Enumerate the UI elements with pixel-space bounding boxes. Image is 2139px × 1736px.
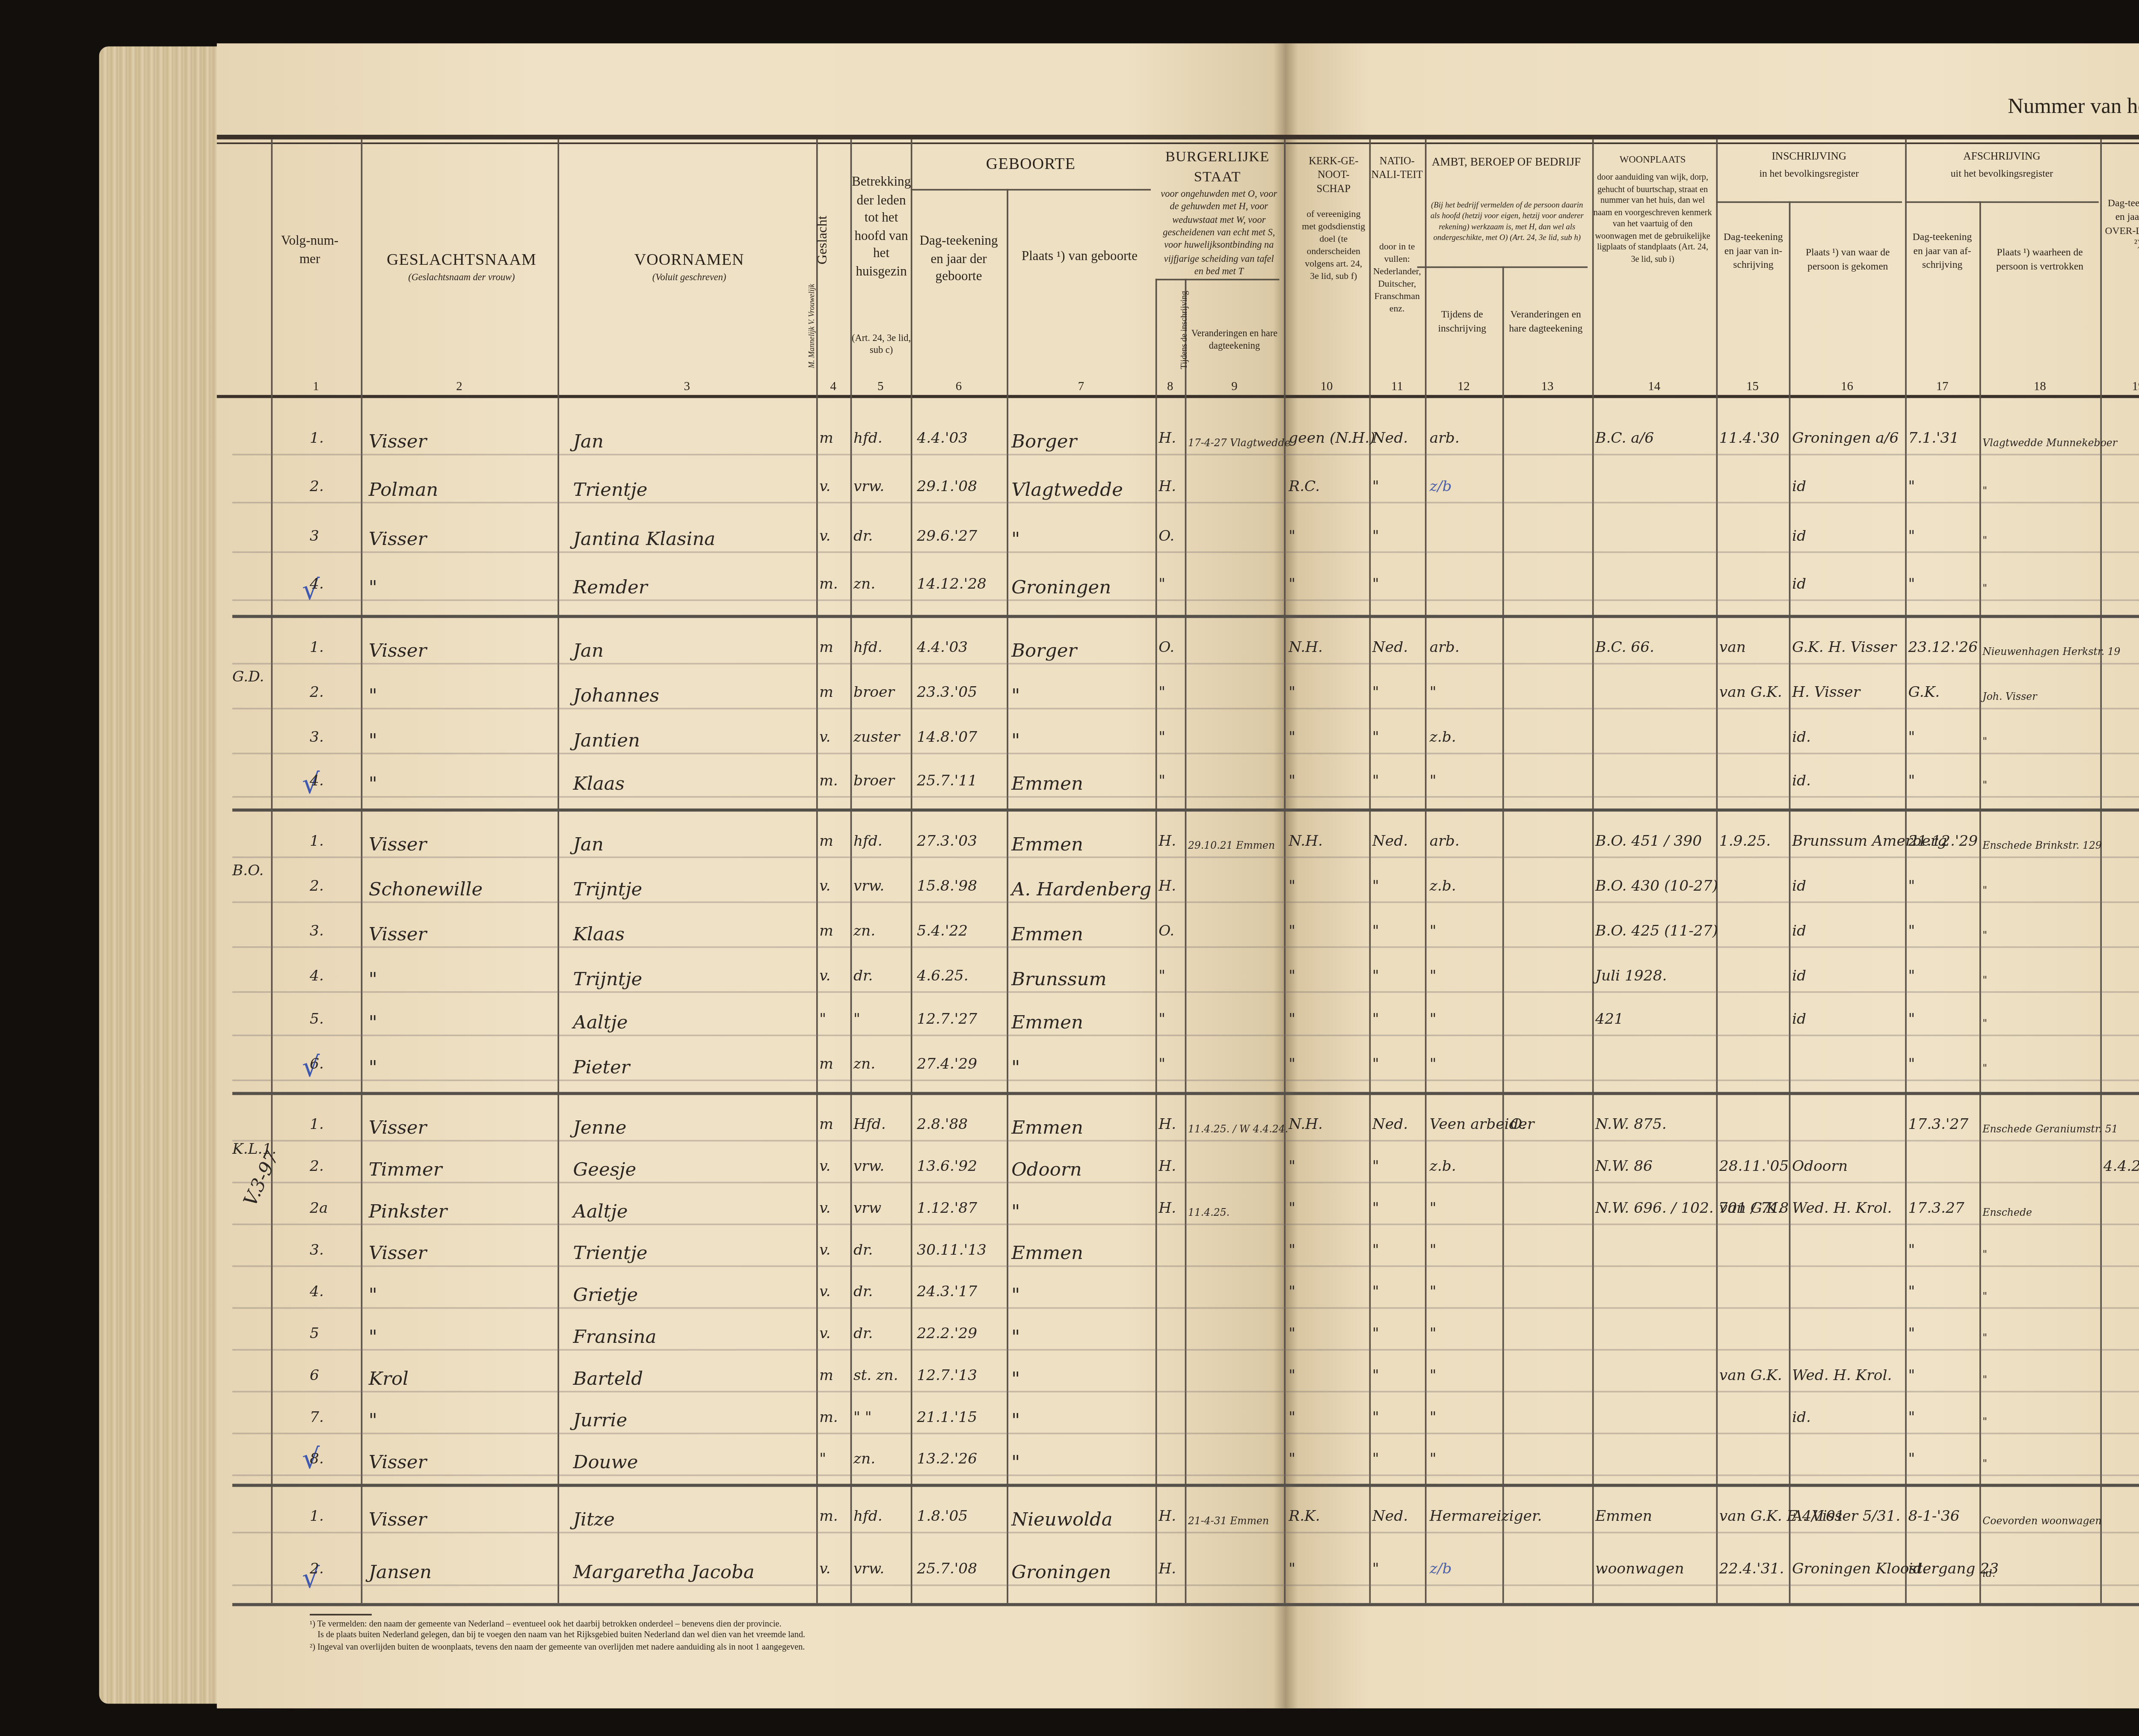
entry-sex: m	[819, 430, 833, 447]
entry-surname: Visser	[369, 923, 427, 945]
entry-out-to: Enschede Geraniumstr. 51	[1982, 1123, 2118, 1135]
column-number: 9	[1185, 379, 1284, 396]
entry-n: 7.	[310, 1410, 324, 1427]
entry-nat: "	[1372, 1410, 1379, 1427]
entry-n: 4.	[310, 773, 324, 791]
entry-sex: m	[819, 640, 833, 657]
entry-church: R.K.	[1289, 1508, 1320, 1526]
column-number: 2	[361, 379, 558, 396]
entry-out-to: "	[1982, 533, 1987, 546]
entry-sex: v.	[819, 1326, 830, 1343]
entry-out-date: "	[1908, 1012, 1915, 1029]
entry-civil-change: 21-4-31 Emmen	[1188, 1515, 1269, 1527]
entry-nat: "	[1372, 1200, 1379, 1218]
entry-born: 29.6.'27	[917, 527, 977, 545]
col-19-title: Dag-teekening en jaar van OVER-LIJDEN ²)	[2103, 198, 2139, 252]
entry-surname: Jansen	[369, 1561, 432, 1582]
entry-surname: Visser	[369, 1117, 427, 1138]
entry-out-date: "	[1908, 967, 1915, 984]
entry-nat: "	[1372, 878, 1379, 895]
entry-out-date: "	[1908, 729, 1915, 746]
entry-civil: H.	[1158, 1200, 1176, 1218]
entry-n: 2.	[310, 1158, 324, 1176]
entry-rel: vrw	[853, 1200, 881, 1218]
entry-born: 22.2.'29	[917, 1326, 977, 1343]
row-rule	[232, 990, 2139, 992]
entry-given: Johannes	[573, 684, 659, 706]
column-number: 18	[1979, 379, 2100, 396]
entry-rel: " "	[853, 1410, 872, 1427]
entry-place: "	[1011, 684, 1020, 706]
entry-out-date: 7.1.'31	[1908, 430, 1959, 447]
column-divider	[271, 139, 273, 1603]
entry-sex: v.	[819, 729, 830, 746]
row-rule	[232, 1433, 2139, 1434]
entry-civil: H.	[1158, 479, 1176, 496]
entry-nat: "	[1372, 1326, 1379, 1343]
entry-church: "	[1289, 878, 1295, 895]
entry-church: "	[1289, 1410, 1295, 1427]
entry-nat: "	[1372, 1158, 1379, 1176]
entry-rel: broer	[853, 773, 895, 791]
entry-job: z/b	[1430, 479, 1452, 496]
entry-place: "	[1011, 1200, 1020, 1222]
entry-rel: dr.	[853, 1326, 873, 1343]
geboorte-header: GEBOORTE	[911, 155, 1151, 177]
column-number: 7	[1007, 379, 1155, 396]
column-number: 11	[1369, 379, 1425, 396]
entry-rel: zn.	[853, 576, 875, 593]
col-10-sub: of vereeniging met godsdienstig doel (te…	[1301, 209, 1366, 284]
entry-born: 14.12.'28	[917, 576, 987, 593]
entry-born: 15.8.'98	[917, 878, 977, 895]
row-rule	[232, 752, 2139, 754]
entry-rel: zn.	[853, 923, 875, 940]
entry-church: N.H.	[1289, 1117, 1323, 1134]
entry-sex: m.	[819, 773, 838, 791]
entry-job: "	[1430, 1326, 1437, 1343]
entry-born: 13.6.'92	[917, 1158, 977, 1176]
entry-job: "	[1430, 1012, 1437, 1029]
entry-out-date: "	[1908, 576, 1915, 593]
entry-nat: "	[1372, 923, 1379, 940]
entry-nat: Ned.	[1372, 1508, 1408, 1526]
entry-surname: Visser	[369, 527, 427, 549]
entry-given: Grietje	[573, 1284, 638, 1306]
entry-out-to: Enschede	[1982, 1206, 2032, 1219]
entry-born: 25.7.'11	[917, 773, 977, 791]
entry-born: 27.4.'29	[917, 1057, 977, 1074]
entry-place: Borger	[1011, 640, 1077, 661]
entry-nat: "	[1372, 1451, 1379, 1468]
entry-civil: "	[1158, 1057, 1165, 1074]
column-number: 12	[1425, 379, 1502, 396]
entry-out-date: "	[1908, 1057, 1915, 1074]
entry-job: z.b.	[1430, 1158, 1456, 1176]
col-3-sub: (Voluit geschreven)	[565, 273, 813, 285]
entry-surname: "	[369, 1326, 377, 1348]
entry-n: 6.	[310, 1057, 324, 1074]
entry-address: B.C. a/6	[1595, 430, 1654, 447]
entry-church: "	[1289, 967, 1295, 984]
entry-civil: H.	[1158, 1508, 1176, 1526]
entry-rel: hfd.	[853, 640, 883, 657]
entry-rel: dr.	[853, 1242, 873, 1259]
entry-sex: m	[819, 684, 833, 701]
entry-surname: Visser	[369, 1242, 427, 1264]
entry-sex: v.	[819, 1242, 830, 1259]
entry-out-date: G.K.	[1908, 684, 1940, 701]
entry-n: 4.	[310, 967, 324, 984]
entry-civil: O.	[1158, 923, 1174, 940]
entry-place: "	[1011, 1284, 1020, 1306]
entry-given: Trientje	[573, 1242, 648, 1264]
entry-place: A. Hardenberg	[1011, 878, 1151, 900]
geboorte-subrule	[911, 189, 1151, 191]
entry-place: "	[1011, 1410, 1020, 1431]
entry-given: Geesje	[573, 1158, 637, 1180]
entry-nat: "	[1372, 576, 1379, 593]
entry-out-to: Joh. Visser	[1982, 690, 2037, 703]
col-16-title: Plaats ¹) van waar de persoon is gekomen	[1794, 248, 1902, 275]
entry-address: 421	[1595, 1012, 1624, 1029]
entry-address: N.W. 86	[1595, 1158, 1653, 1176]
entry-in-date: 22.4.'31.	[1719, 1561, 1784, 1578]
entry-out-to: "	[1982, 1332, 1987, 1345]
entry-n: 1.	[310, 640, 324, 657]
entry-church: "	[1289, 1057, 1295, 1074]
entry-out-to: "	[1982, 1018, 1987, 1031]
entry-rel: dr.	[853, 1284, 873, 1301]
afschrijving-header: AFSCHRIJVING	[1905, 150, 2099, 165]
entry-nat: "	[1372, 1012, 1379, 1029]
entry-place: Nieuwolda	[1011, 1508, 1113, 1530]
entry-in-date: van G.K.	[1719, 684, 1782, 701]
register-scan: Nummer van het blad Volg-num-mer GESLACH…	[0, 0, 2139, 1736]
entry-civil: "	[1158, 576, 1165, 593]
entry-nat: Ned.	[1372, 640, 1408, 657]
entry-out-to: "	[1982, 1063, 1987, 1075]
col-3-title: VOORNAMEN	[565, 251, 813, 273]
entry-born: 13.2.'26	[917, 1451, 977, 1468]
column-divider	[1185, 279, 1187, 1603]
entry-rel: dr.	[853, 527, 873, 545]
col-11-sub: door in te vullen: Nederlander, Duitsche…	[1369, 242, 1425, 317]
entry-out-date: 23.12.'26	[1908, 640, 1978, 657]
entry-place: "	[1011, 1057, 1020, 1078]
entry-n: 2a	[310, 1200, 328, 1218]
entry-out-to: "	[1982, 973, 1987, 986]
col-13-title: Veranderingen en hare dagteekening	[1505, 310, 1586, 337]
family-divider	[232, 809, 2139, 812]
entry-rel: vrw.	[853, 1561, 884, 1578]
entry-in-from: Groningen a/6	[1792, 430, 1899, 447]
entry-place: Emmen	[1011, 923, 1083, 945]
col-4-sub: M. Mannelijk V. Vrouwelijk	[810, 284, 818, 368]
footnote-1: ¹) Te vermelden: den naam der gemeente v…	[310, 1620, 782, 1629]
entry-out-date: "	[1908, 923, 1915, 940]
row-rule	[232, 901, 2139, 903]
entry-nat: "	[1372, 1561, 1379, 1578]
column-number: 17	[1905, 379, 1979, 396]
entry-out-date: "	[1908, 773, 1915, 791]
entry-rel: hfd.	[853, 833, 883, 850]
column-number: 15	[1716, 379, 1789, 396]
entry-out-date: 8-1-'36	[1908, 1508, 1959, 1526]
entry-rel: "	[853, 1012, 860, 1029]
entry-in-from: G.K. H. Visser	[1792, 640, 1896, 657]
entry-out-date: 17.3.'27	[1908, 1117, 1968, 1134]
entry-out-to: "	[1982, 735, 1987, 747]
row-rule	[232, 454, 2139, 456]
entry-civil: "	[1158, 684, 1165, 701]
entry-job: arb.	[1430, 833, 1460, 850]
entry-church: N.H.	[1289, 640, 1323, 657]
entry-civil: "	[1158, 773, 1165, 791]
entry-in-from: Wed. H. Krol.	[1792, 1200, 1892, 1218]
entry-church: "	[1289, 1451, 1295, 1468]
entry-n: 8.	[310, 1451, 324, 1468]
entry-place: Odoorn	[1011, 1158, 1082, 1180]
entry-sex: m.	[819, 1508, 838, 1526]
entry-given: Jantina Klasina	[573, 527, 716, 549]
entry-out-to: id.	[1982, 1567, 1995, 1579]
entry-church: "	[1289, 1284, 1295, 1301]
entry-sex: v.	[819, 527, 830, 545]
entry-in-from: id	[1792, 923, 1806, 940]
entry-n: 3.	[310, 729, 324, 746]
sheet-number-label: Nummer van het blad	[2008, 96, 2139, 121]
row-rule	[232, 1265, 2139, 1267]
entry-place: Emmen	[1011, 1242, 1083, 1264]
entry-place: Emmen	[1011, 833, 1083, 855]
row-rule	[232, 1584, 2139, 1585]
entry-n: 3.	[310, 1242, 324, 1259]
entry-surname: "	[369, 773, 377, 795]
family-margin-code: B.O.	[232, 862, 264, 879]
entry-place: Emmen	[1011, 773, 1083, 795]
entry-given: Aaltje	[573, 1200, 628, 1222]
column-divider	[850, 139, 852, 1603]
entry-out-date: id.	[1908, 1561, 1927, 1578]
entry-born: 27.3.'03	[917, 833, 977, 850]
entry-out-to: "	[1982, 929, 1987, 941]
entry-born: 1.12.'87	[917, 1200, 977, 1218]
entry-sex: "	[819, 1451, 826, 1468]
column-divider	[557, 139, 559, 1603]
family-divider	[232, 1603, 2139, 1606]
entry-surname: Timmer	[369, 1158, 442, 1180]
entry-born: 4.4.'03	[917, 430, 968, 447]
entry-address: B.O. 451 / 390	[1595, 833, 1702, 850]
entry-nat: Ned.	[1372, 833, 1408, 850]
entry-out-to: Nieuwenhagen Herkstr. 19	[1982, 646, 2120, 658]
entry-civil: H.	[1158, 878, 1176, 895]
entry-born: 2.8.'88	[917, 1117, 968, 1134]
col-6-title: Dag-teekening en jaar der geboorte	[914, 232, 1004, 286]
entry-church: "	[1289, 1012, 1295, 1029]
entry-rel: vrw.	[853, 1158, 884, 1176]
entry-church: R.C.	[1289, 479, 1320, 496]
entry-job: "	[1430, 1451, 1437, 1468]
column-number: 4	[816, 379, 850, 396]
entry-job: "	[1430, 967, 1437, 984]
entry-job: "	[1430, 1410, 1437, 1427]
entry-address: Emmen	[1595, 1508, 1652, 1526]
entry-civil-change: 17-4-27 Vlagtwedde	[1188, 437, 1290, 449]
entry-out-to: "	[1982, 1248, 1987, 1261]
entry-in-from: id.	[1792, 729, 1811, 746]
entry-job: z/b	[1430, 1561, 1452, 1578]
entry-out-date: "	[1908, 878, 1915, 895]
entry-address: woonwagen	[1595, 1561, 1684, 1578]
entry-in-from: id.	[1792, 1410, 1811, 1427]
entry-in-date: 1.9.25.	[1719, 833, 1771, 850]
entry-born: 14.8.'07	[917, 729, 977, 746]
entry-nat: "	[1372, 1242, 1379, 1259]
row-rule	[232, 1307, 2139, 1309]
entry-in-from: id.	[1792, 773, 1811, 791]
entry-sex: m.	[819, 1410, 838, 1427]
entry-sex: v.	[819, 479, 830, 496]
footnote-1b: Is de plaats buiten Nederland gelegen, d…	[317, 1631, 805, 1640]
row-rule	[232, 1532, 2139, 1534]
row-rule	[232, 1035, 2139, 1037]
entry-sex: v.	[819, 1561, 830, 1578]
column-number: 10	[1284, 379, 1369, 396]
column-number: 19	[2100, 379, 2139, 396]
family-margin-code: G.D.	[232, 668, 264, 685]
entry-rel: hfd.	[853, 1508, 883, 1526]
entry-born: 21.1.'15	[917, 1410, 977, 1427]
entry-address: N.W. 875.	[1595, 1117, 1667, 1134]
entry-church: "	[1289, 1200, 1295, 1218]
column-divider	[1155, 279, 1157, 1603]
entry-given: Trijntje	[573, 967, 643, 989]
entry-given: Jan	[573, 430, 604, 452]
entry-n: 2.	[310, 1561, 324, 1578]
entry-civil: "	[1158, 1012, 1165, 1029]
entry-church: geen (N.H.)	[1289, 430, 1375, 447]
entry-rel: vrw.	[853, 479, 884, 496]
entry-n: 4.	[310, 1284, 324, 1301]
header-rule-thin	[217, 142, 2139, 144]
col-8-title: Tijdens de inschrijving	[1181, 291, 1190, 369]
entry-out-date: "	[1908, 1242, 1915, 1259]
entry-born: 23.3.'05	[917, 684, 977, 701]
col-14-sub: door aanduiding van wijk, dorp, gehucht …	[1592, 173, 1713, 267]
col-7-title: Plaats ¹) van geboorte	[1010, 248, 1149, 266]
burgerlijke-staat-sub: voor ongehuwden met O, voor de gehuwden …	[1158, 189, 1279, 280]
entry-rel: vrw.	[853, 878, 884, 895]
entry-given: Margaretha Jacoba	[573, 1561, 755, 1582]
entry-nat: "	[1372, 479, 1379, 496]
entry-in-from: id	[1792, 479, 1806, 496]
column-number: 13	[1502, 379, 1592, 396]
col-15-title: Dag-teekening en jaar van in-schrijving	[1719, 232, 1787, 273]
entry-n: 2.	[310, 878, 324, 895]
entry-given: Jurrie	[573, 1410, 628, 1431]
entry-nat: "	[1372, 729, 1379, 746]
entry-in-from: Odoorn	[1792, 1158, 1848, 1176]
entry-in-from: id	[1792, 527, 1806, 545]
entry-nat: "	[1372, 1057, 1379, 1074]
entry-out-to: "	[1982, 1290, 1987, 1303]
entry-out-date: "	[1908, 1368, 1915, 1385]
entry-sex: v.	[819, 1200, 830, 1218]
entry-n: 5.	[310, 1012, 324, 1029]
row-rule	[232, 502, 2139, 504]
entry-surname: "	[369, 576, 377, 598]
entry-church: "	[1289, 773, 1295, 791]
entry-job: "	[1430, 1200, 1437, 1218]
entry-given: Jantien	[573, 729, 640, 750]
entry-place: Emmen	[1011, 1012, 1083, 1034]
entry-rel: zuster	[853, 729, 900, 746]
entry-job: "	[1430, 1242, 1437, 1259]
entry-place: "	[1011, 1451, 1020, 1473]
entry-church: N.H.	[1289, 833, 1323, 850]
entry-given: Jenne	[573, 1117, 627, 1138]
column-divider	[911, 139, 912, 1603]
entry-given: Trijntje	[573, 878, 643, 900]
entry-place: Groningen	[1011, 576, 1111, 598]
entry-surname: Visser	[369, 1508, 427, 1530]
entry-given: Barteld	[573, 1368, 643, 1389]
entry-born: 12.7.'27	[917, 1012, 977, 1029]
entry-civil-change: 11.4.25. / W 4.4.24.	[1188, 1123, 1288, 1135]
entry-job: Hermareiziger.	[1430, 1508, 1542, 1526]
entry-n: 6	[310, 1368, 319, 1385]
entry-church: "	[1289, 1242, 1295, 1259]
entry-civil: H.	[1158, 430, 1176, 447]
ambt-subrule	[1417, 267, 1588, 268]
column-number: 3	[557, 379, 816, 396]
entry-born: 30.11.'13	[917, 1242, 987, 1259]
entry-out-to: "	[1982, 1458, 1987, 1470]
entry-address: B.C. 66.	[1595, 640, 1654, 657]
column-divider	[1284, 139, 1286, 1603]
entry-given: Klaas	[573, 923, 625, 945]
entry-born: 29.1.'08	[917, 479, 977, 496]
ambt-header: AMBT, BEROEP OF BEDRIJF	[1425, 155, 1588, 171]
column-number: 8	[1155, 379, 1185, 396]
entry-in-from: H. Visser	[1792, 684, 1860, 701]
entry-surname: Visser	[369, 833, 427, 855]
entry-church: "	[1289, 576, 1295, 593]
entry-job: "	[1430, 1057, 1437, 1074]
entry-out-to: "	[1982, 1416, 1987, 1428]
entry-in-from: id	[1792, 1012, 1806, 1029]
entry-in-from: id	[1792, 576, 1806, 593]
entry-job: arb.	[1430, 430, 1460, 447]
entry-place: Emmen	[1011, 1117, 1083, 1138]
entry-job: arb.	[1430, 640, 1460, 657]
entry-out-date: 17.3.27	[1908, 1200, 1964, 1218]
entry-born: 1.8.'05	[917, 1508, 968, 1526]
entry-in-date: van G.K.	[1719, 1368, 1782, 1385]
entry-address: B.O. 425 (11-27)	[1595, 923, 1718, 940]
entry-in-date: 28.11.'05	[1719, 1158, 1789, 1176]
entry-job: "	[1430, 1368, 1437, 1385]
entry-civil: O.	[1158, 527, 1174, 545]
entry-out-to: Vlagtwedde Munnekeboer	[1982, 437, 2117, 449]
entry-surname: "	[369, 1012, 377, 1034]
entry-out-to: "	[1982, 485, 1987, 498]
entry-church: "	[1289, 923, 1295, 940]
column-divider	[1425, 139, 1427, 1603]
entry-surname: Pinkster	[369, 1200, 447, 1222]
